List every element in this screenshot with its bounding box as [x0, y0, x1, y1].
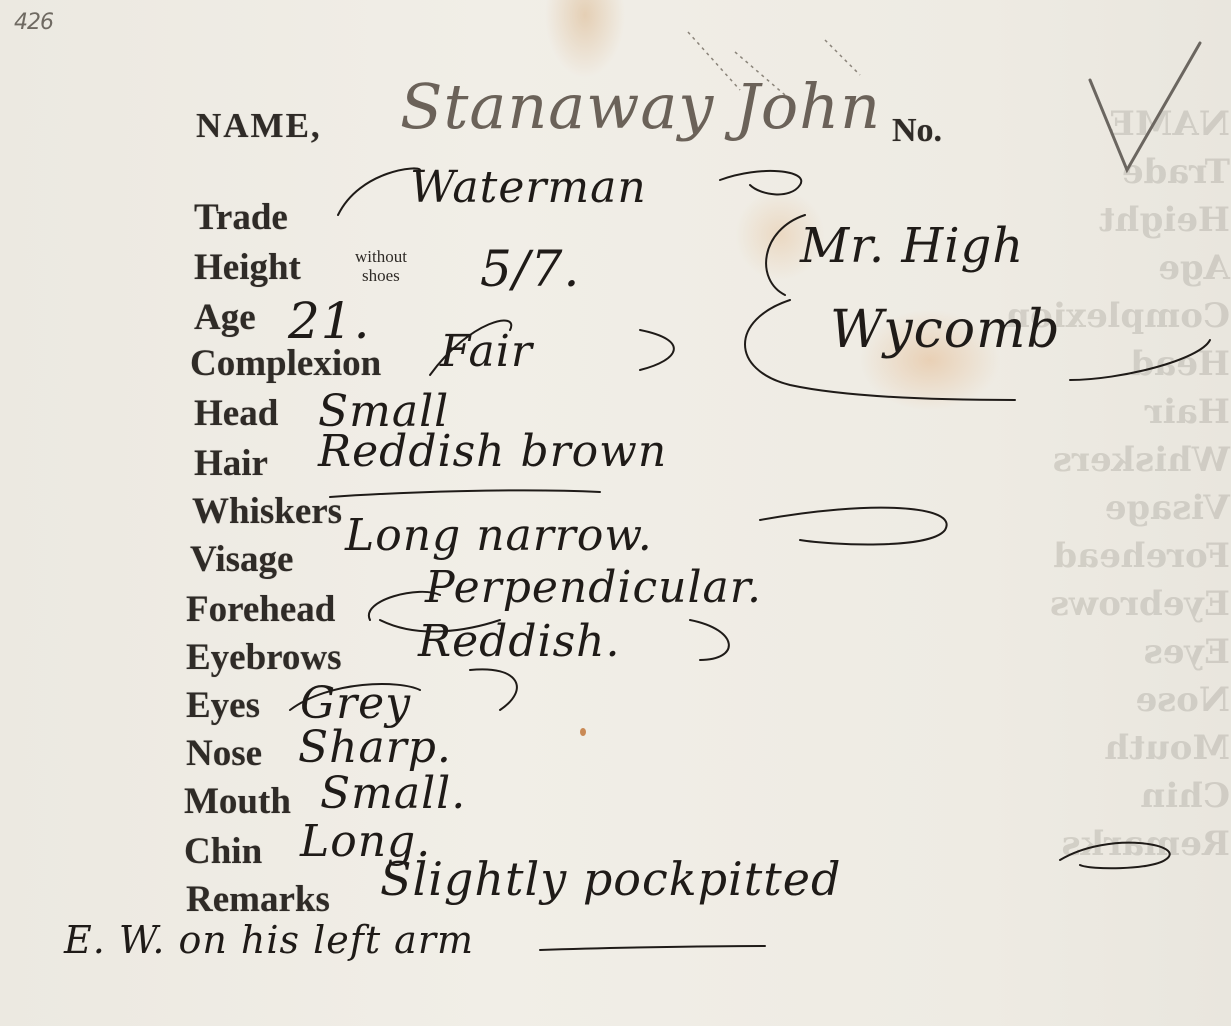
trade-label: Trade	[194, 196, 288, 239]
bleed-line: Age	[1080, 244, 1230, 292]
chin-label: Chin	[184, 830, 262, 873]
height-label: Height	[194, 246, 301, 289]
bleed-line: Forehead	[1080, 532, 1230, 580]
folio-number: 426	[14, 10, 53, 35]
check-mark-icon	[1085, 35, 1205, 185]
remarks-value: Slightly pockpitted	[380, 852, 841, 906]
bleed-line: Eyebrows	[1080, 580, 1230, 628]
bleed-line: Remarks	[1080, 820, 1230, 868]
mouth-value: Small.	[320, 768, 466, 819]
bleed-line: Head	[1080, 340, 1230, 388]
forehead-label: Forehead	[186, 588, 335, 631]
mouth-label: Mouth	[184, 780, 291, 823]
age-label: Age	[194, 296, 256, 339]
height-qualifier-line2: shoes	[362, 267, 400, 285]
eyes-label: Eyes	[186, 684, 260, 727]
whiskers-label: Whiskers	[192, 490, 342, 533]
bleed-line: Visage	[1080, 484, 1230, 532]
eyebrows-label: Eyebrows	[186, 636, 342, 679]
nose-label: Nose	[186, 732, 262, 775]
forehead-value: Perpendicular.	[425, 562, 762, 613]
height-value: 5/7.	[480, 240, 580, 298]
complexion-value: Fair	[440, 326, 533, 377]
nose-value: Sharp.	[298, 722, 452, 773]
bleed-line: Nose	[1080, 676, 1230, 724]
remarks-continuation: E. W. on his left arm	[64, 918, 474, 962]
bleed-line: Height	[1080, 196, 1230, 244]
remarks-label: Remarks	[186, 878, 330, 921]
eyebrows-value: Reddish.	[418, 616, 620, 667]
side-annotation-line2: Wycomb	[830, 300, 1061, 360]
height-qualifier-line1: without	[355, 248, 407, 266]
name-label: NAME,	[196, 106, 322, 146]
hair-value: Reddish brown	[318, 426, 667, 477]
head-label: Head	[194, 392, 278, 435]
ink-spot	[580, 728, 586, 736]
bleed-line: Eyes	[1080, 628, 1230, 676]
hair-label: Hair	[194, 442, 268, 485]
trade-value: Waterman	[410, 162, 647, 213]
bleed-line: Chin	[1080, 772, 1230, 820]
bleed-line: Hair	[1080, 388, 1230, 436]
side-annotation-line1: Mr. High	[800, 218, 1024, 274]
number-label: No.	[892, 112, 942, 150]
name-value: Stanaway John	[400, 70, 881, 143]
visage-value: Long narrow.	[345, 510, 653, 561]
bleed-line: Mouth	[1080, 724, 1230, 772]
visage-label: Visage	[190, 538, 293, 581]
bleed-through-text: NAME Trade Height Age Complexion Head Ha…	[1080, 100, 1230, 868]
bleed-line: Whiskers	[1080, 436, 1230, 484]
age-value: 21.	[288, 292, 371, 350]
bleed-line: Complexion	[1080, 292, 1230, 340]
